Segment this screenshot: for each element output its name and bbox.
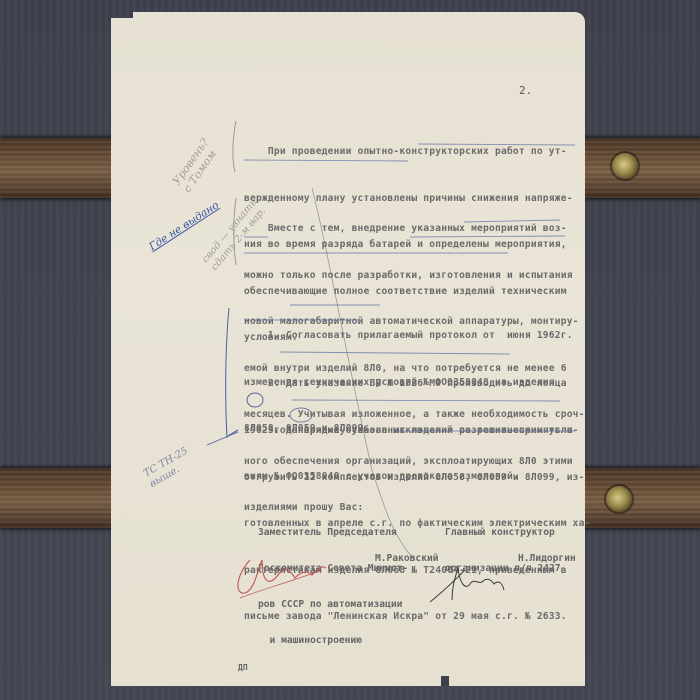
left-title-line-4: и машиностроению (258, 635, 408, 647)
page-number: 2. (519, 84, 532, 97)
left-title-line-3: ров СССР по автоматизации (258, 599, 408, 611)
paper-tear (441, 676, 449, 686)
brass-nail-lower (606, 486, 632, 512)
i1-line-1: 1. Согласовать прилагаемый протокол от и… (244, 328, 573, 344)
right-title-line-1: Главный конструктор (445, 527, 561, 539)
brass-nail-upper (612, 153, 638, 179)
i2-line-1: 2. Дать указание ВП № 1526 МО производит… (244, 376, 579, 392)
p1-line-1: При проведении опытно-конструкторских ра… (244, 144, 573, 160)
i3-line-2: отгрузить 12 комплектов изделий 8Л058, 8… (244, 470, 591, 486)
p2-line-1: Вместе с тем, внедрение указанных меропр… (244, 221, 585, 237)
left-title-line-1: Заместитель Председателя (258, 527, 408, 539)
footer-mark: ДП (238, 662, 248, 674)
p2-line-2: можно только после разработки, изготовле… (244, 268, 585, 284)
signatory-right-title: Главный конструктор организации п/я 2427 (445, 503, 561, 587)
signatory-left-title: Заместитель Председателя Госкомитета Сов… (258, 503, 408, 659)
signatory-left-name: М.Раковский (375, 553, 439, 565)
i3-line-1: 3. В порядке особого исключения разрешит… (244, 423, 591, 439)
signatory-right-name: Н.Лидоргин (518, 553, 576, 565)
